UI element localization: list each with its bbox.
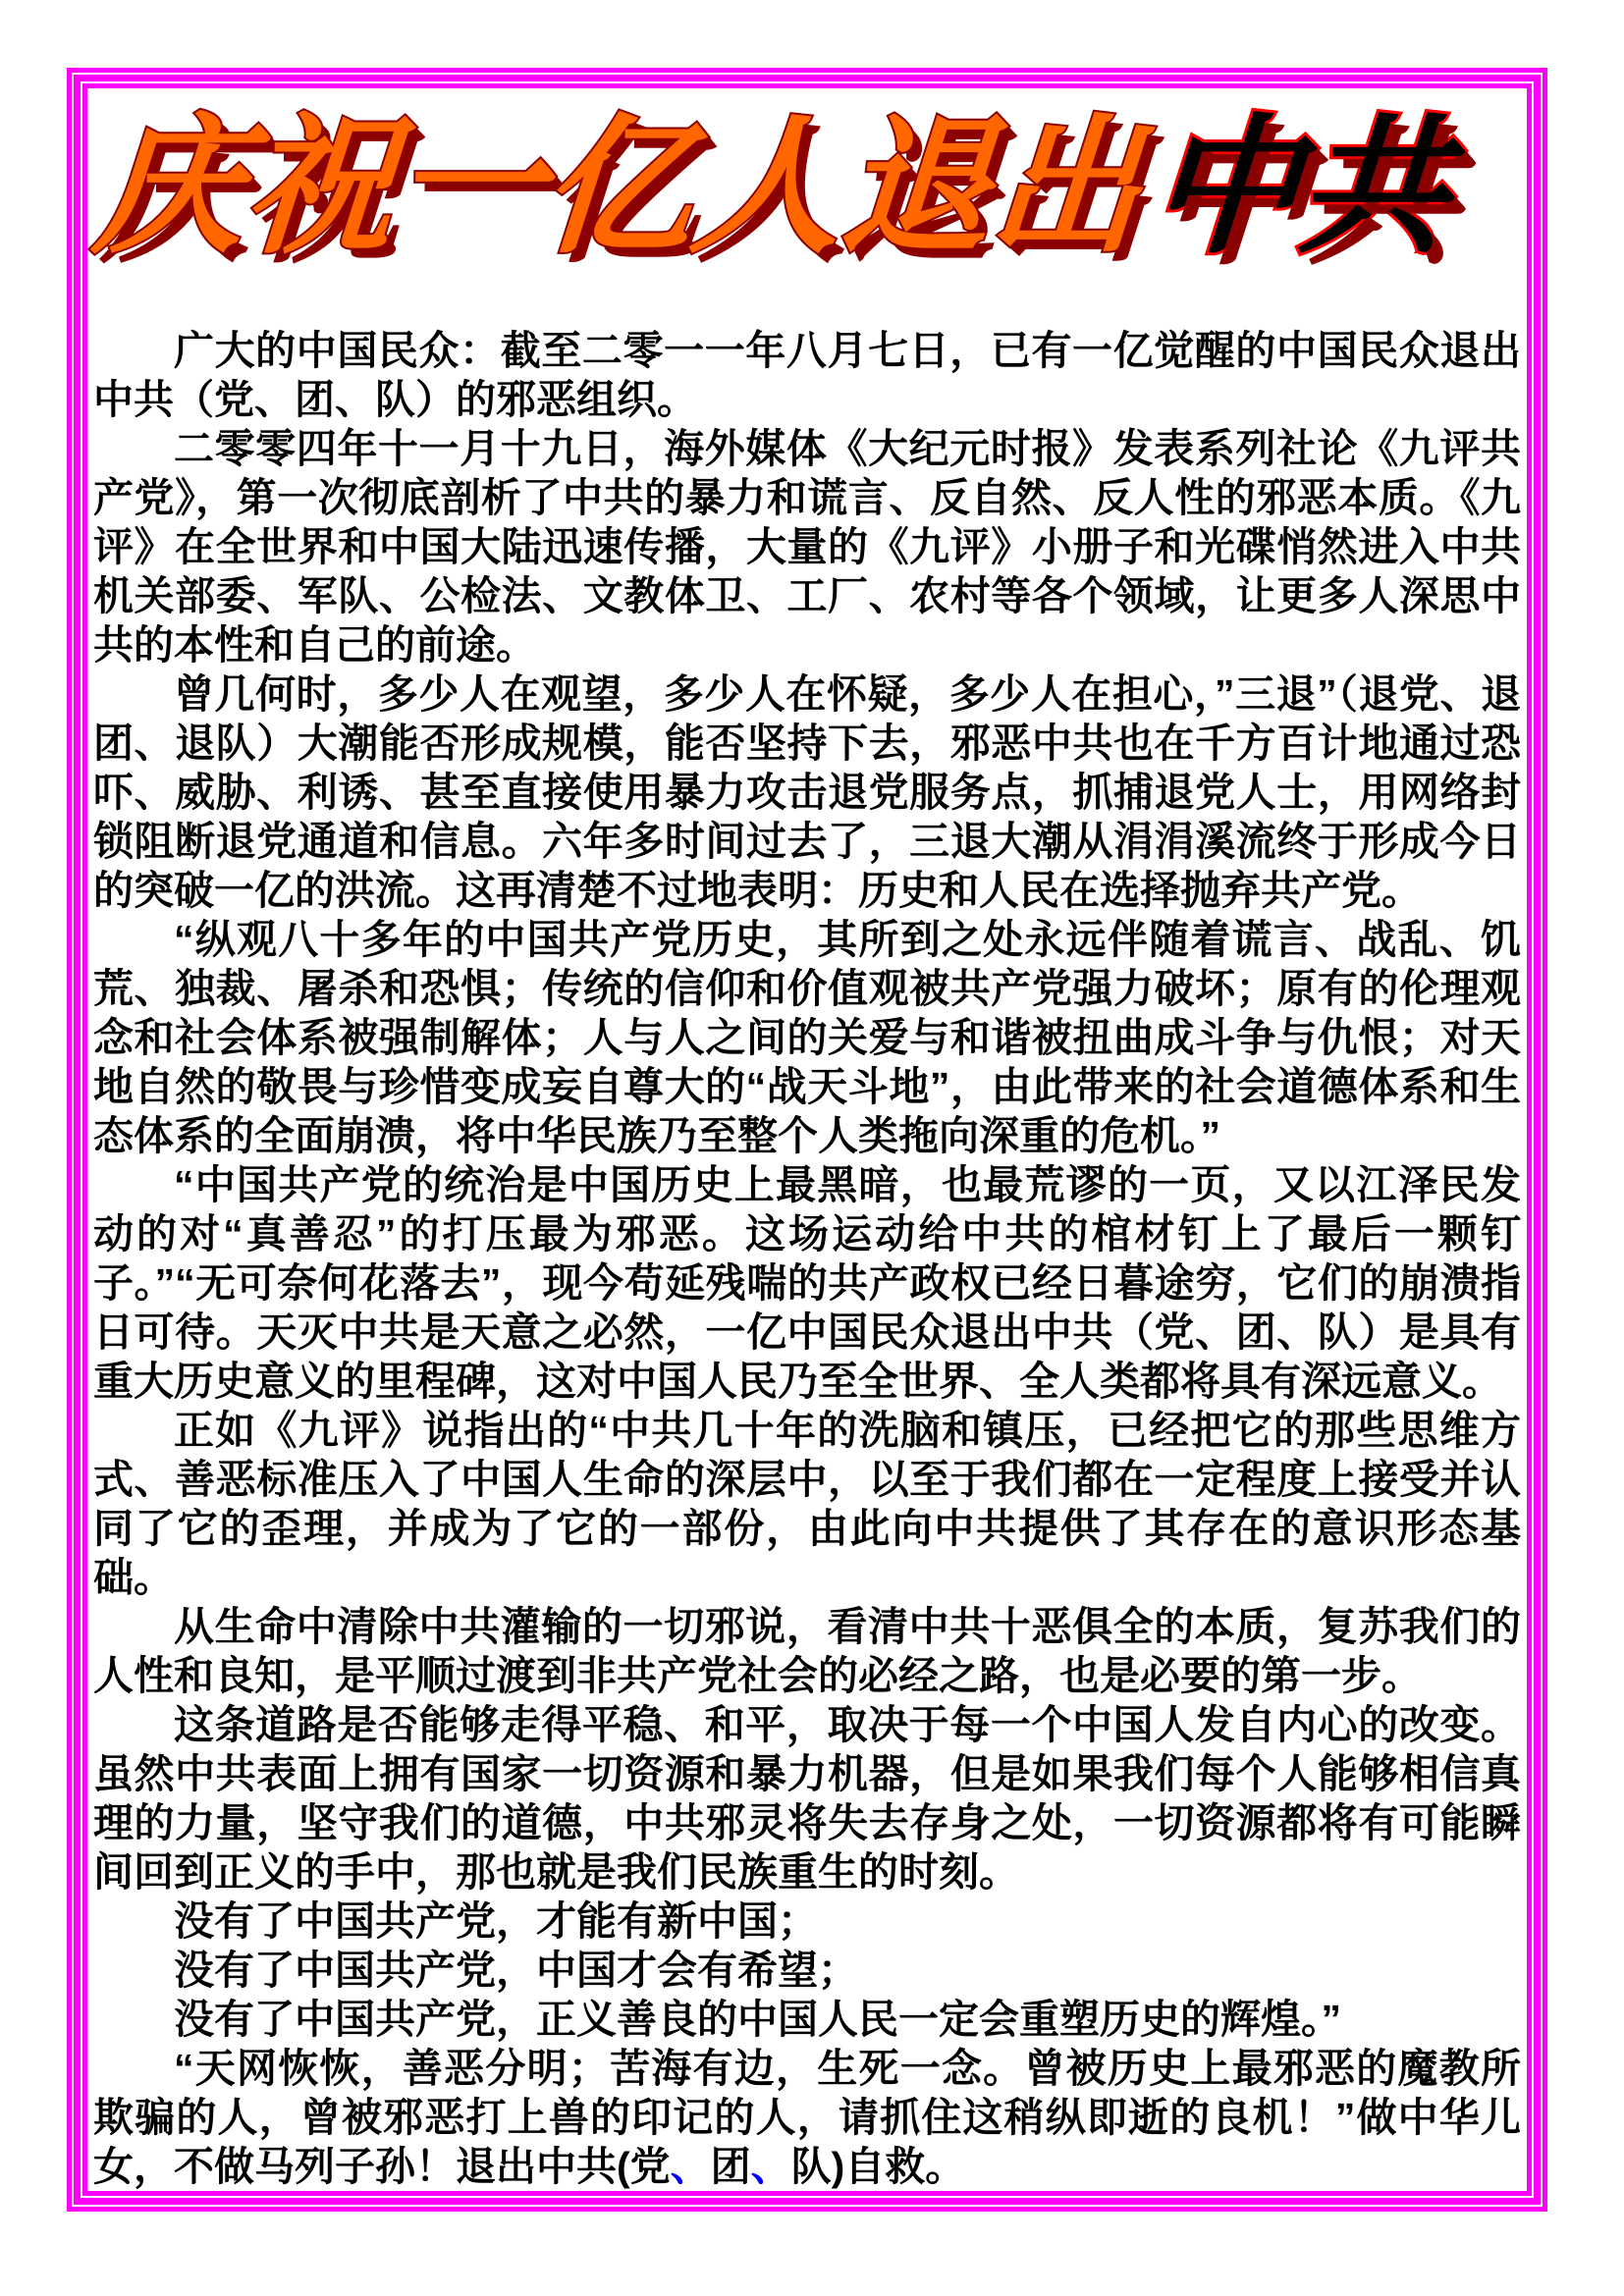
body-paragraph: 曾几何时，多少人在观望，多少人在怀疑，多少人在担心，”三退”（退党、退团、退队）… <box>93 669 1521 915</box>
body-paragraph: 没有了中国共产党，中国才会有希望； <box>93 1946 1521 1995</box>
title-main-text: 庆祝一亿人退出 <box>89 104 1146 271</box>
body-paragraph: 这条道路是否能够走得平稳、和平，取决于每一个中国人发自内心的改变。虽然中共表面上… <box>93 1700 1521 1896</box>
body-paragraph: 广大的中国民众：截至二零一一年八月七日，已有一亿觉醒的中国民众退出中共（党、团、… <box>93 326 1521 424</box>
body-paragraph: 二零零四年十一月十九日，海外媒体《大纪元时报》发表系列社论《九评共产党》，第一次… <box>93 424 1521 669</box>
body-paragraph: 没有了中国共产党，才能有新中国； <box>93 1896 1521 1946</box>
body-paragraph: “中国共产党的统治是中国历史上最黑暗，也最荒谬的一页，又以江泽民发动的对“真善忍… <box>93 1160 1521 1406</box>
closing-text-segment: 队)自救。 <box>791 2144 966 2189</box>
flyer-page: 庆祝一亿人退出中共 广大的中国民众：截至二零一一年八月七日，已有一亿觉醒的中国民… <box>0 0 1624 2296</box>
decorative-frame-inner: 庆祝一亿人退出中共 广大的中国民众：截至二零一一年八月七日，已有一亿觉醒的中国民… <box>82 83 1532 2196</box>
body-closing-paragraph: “天网恢恢，善恶分明；苦海有边，生死一念。曾被历史上最邪恶的魔教所欺骗的人，曾被… <box>93 2044 1521 2191</box>
decorative-frame-middle: 庆祝一亿人退出中共 广大的中国民众：截至二零一一年八月七日，已有一亿觉醒的中国民… <box>74 75 1541 2205</box>
decorative-frame-outer: 庆祝一亿人退出中共 广大的中国民众：截至二零一一年八月七日，已有一亿觉醒的中国民… <box>67 68 1547 2212</box>
flyer-body: 广大的中国民众：截至二零一一年八月七日，已有一亿觉醒的中国民众退出中共（党、团、… <box>93 326 1521 2191</box>
body-paragraph: 从生命中清除中共灌输的一切邪说，看清中共十恶俱全的本质，复苏我们的人性和良知，是… <box>93 1602 1521 1700</box>
blue-dun-mark: 、 <box>671 2144 711 2189</box>
body-paragraph: 正如《九评》说指出的“中共几十年的洗脑和镇压，已经把它的那些思维方式、善恶标准压… <box>93 1406 1521 1602</box>
title-highlight-text: 中共 <box>1144 104 1454 271</box>
body-paragraph: 没有了中国共产党，正义善良的中国人民一定会重塑历史的辉煌。” <box>93 1995 1521 2044</box>
closing-text-segment: 团 <box>711 2144 751 2189</box>
page-title: 庆祝一亿人退出中共 <box>95 104 1527 300</box>
body-paragraph: “纵观八十多年的中国共产党历史，其所到之处永远伴随着谎言、战乱、饥荒、独裁、屠杀… <box>93 915 1521 1160</box>
blue-dun-mark: 、 <box>751 2144 791 2189</box>
